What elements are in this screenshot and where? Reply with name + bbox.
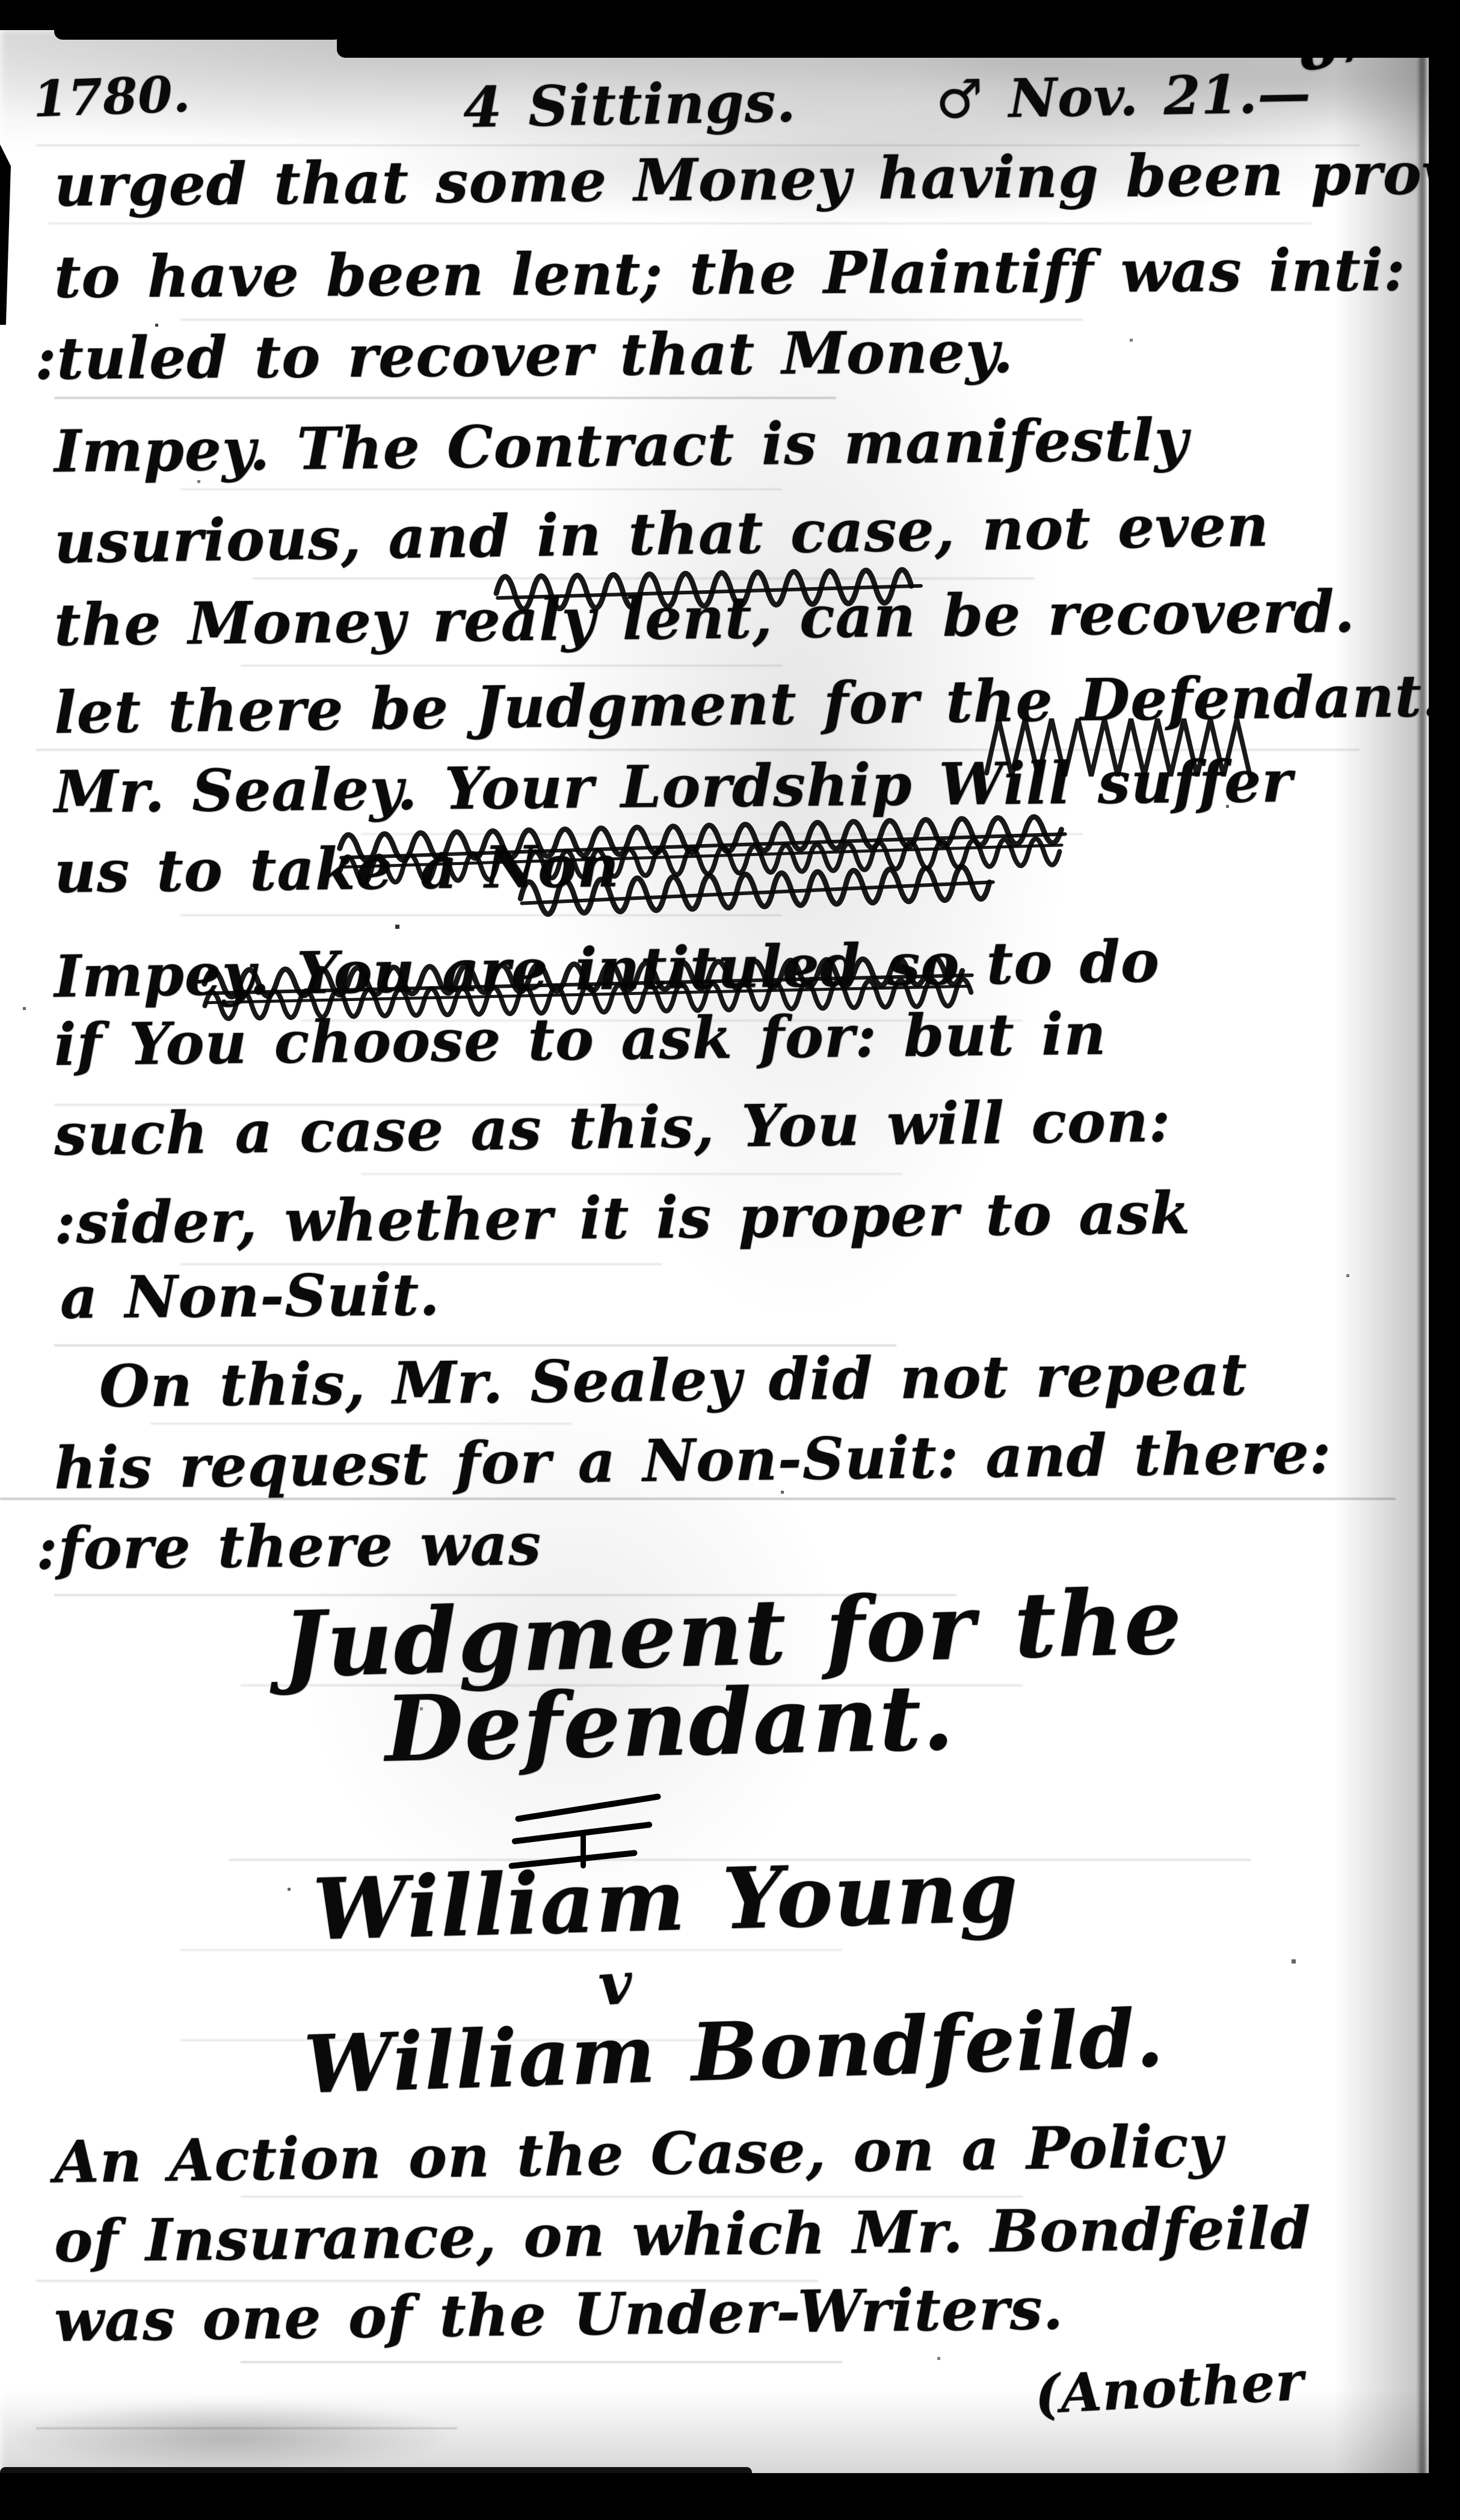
ruled-line [241, 665, 782, 667]
ruled-line [54, 397, 836, 399]
manuscript-line: :sider, whether it is proper to ask [54, 1185, 1191, 1252]
scan-border-left-wedge [0, 144, 11, 325]
manuscript-line: a Non-Suit. [60, 1266, 440, 1327]
struck-out-scribble-impey [198, 941, 981, 1033]
ruled-line [48, 223, 1311, 224]
ruled-line [180, 488, 782, 490]
struck-out-scribble-interlinear [490, 547, 930, 633]
defendant-name: William Bondfeild. [303, 1999, 1165, 2106]
manuscript-line: to have been lent; the Plaintiff was int… [54, 241, 1406, 306]
ruled-line [241, 2361, 842, 2363]
date-heading: ♂ Nov. 21.— [935, 67, 1311, 126]
manuscript-line: Impey. The Contract is manifestly [54, 411, 1189, 481]
manuscript-page: 876 1780. 4 Sittings. ♂ Nov. 21.— urged … [0, 0, 1460, 2520]
manuscript-line: such a case as this, You will con: [54, 1092, 1171, 1164]
scan-noise-right-edge [1334, 0, 1424, 2520]
versus-mark: v [597, 1954, 635, 2014]
manuscript-line: An Action on the Case, on a Policy [54, 2117, 1223, 2191]
scan-border-top-bulge [337, 25, 1460, 58]
scan-border-bottom [0, 2473, 1460, 2520]
ruled-line [361, 1173, 902, 1175]
ruled-line [150, 1423, 571, 1425]
catchword: (Another [1033, 2354, 1305, 2421]
manuscript-line: urged that some Money having been proved [54, 144, 1460, 214]
manuscript-line: On this, Mr. Sealey did not repeat [99, 1346, 1248, 1416]
scan-noise-bottom-left [0, 2400, 457, 2472]
page-edge-shadow [1419, 0, 1426, 2520]
manuscript-line: his request for a Non-Suit: and there: [54, 1424, 1331, 1497]
manuscript-line: :fore there was [36, 1515, 542, 1577]
struck-out-scribble-nonsuit [513, 843, 1003, 938]
manuscript-line: was one of the Under-Writers. [54, 2280, 1064, 2350]
sittings-heading: 4 Sittings. [463, 74, 796, 135]
plaintiff-name: William Young [312, 1850, 1020, 1953]
ruled-line [36, 2427, 457, 2429]
manuscript-line: :tuled to recover that Money. [35, 323, 1014, 387]
year-label: 1780. [32, 69, 191, 124]
scan-border-bottom-bump [0, 2467, 752, 2478]
scan-border-right [1429, 0, 1460, 2520]
struck-out-scribble-marks [981, 707, 1257, 791]
manuscript-line: of Insurance, on which Mr. Bondfeild [54, 2199, 1311, 2270]
judgment-heading-line2: Defendant. [384, 1672, 956, 1775]
ruled-line [241, 2196, 1023, 2198]
scan-border-top-bump [54, 26, 343, 40]
